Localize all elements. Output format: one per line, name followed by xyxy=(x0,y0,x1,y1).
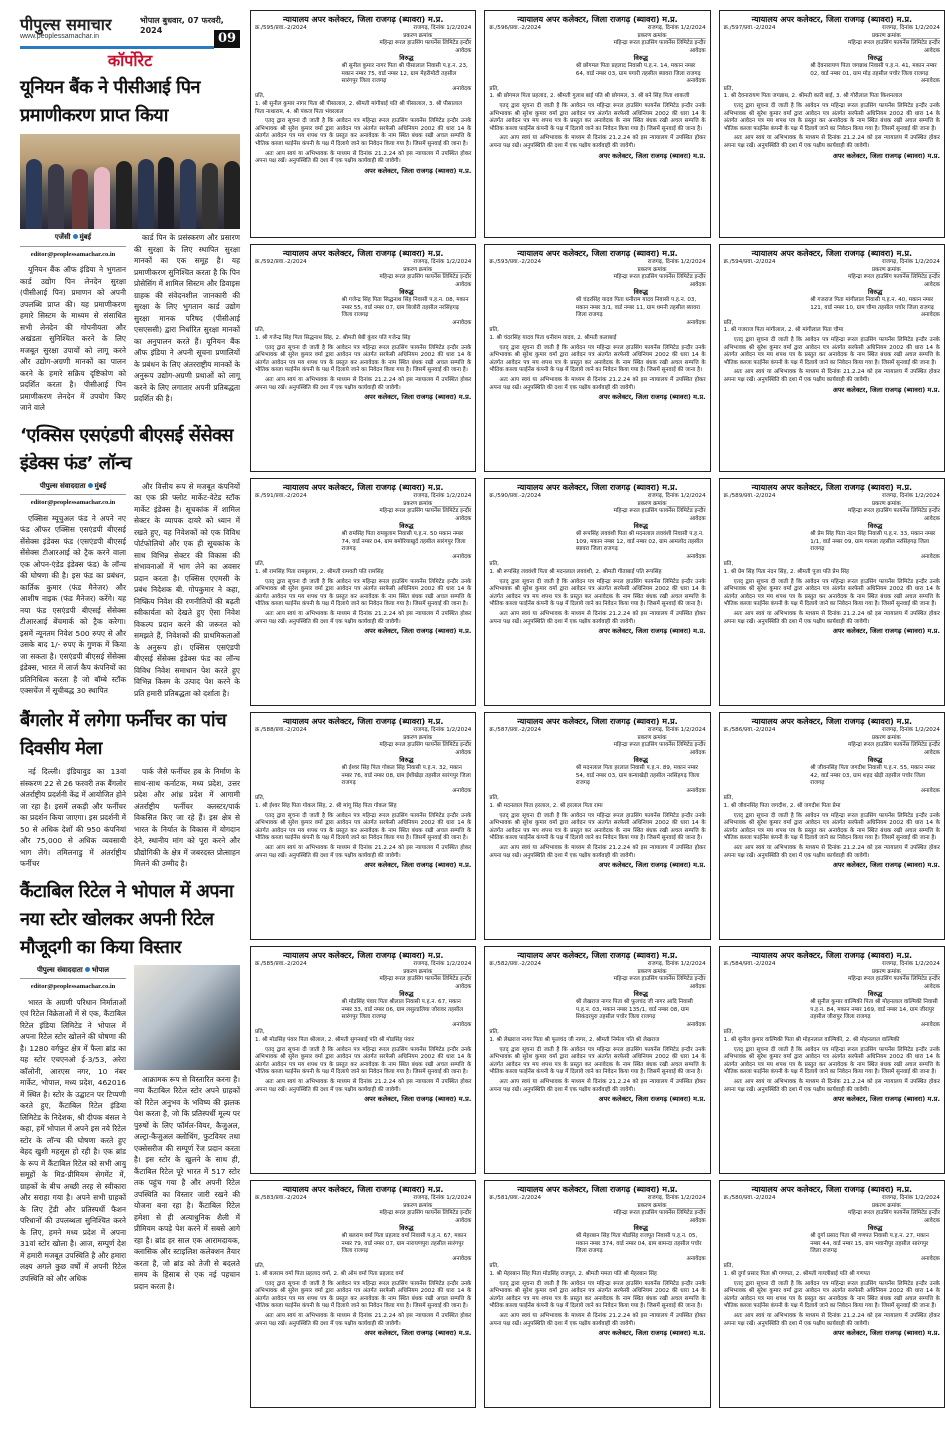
website-url[interactable]: www.peoplessamachar.in xyxy=(20,33,99,40)
applicant: महिन्द्रा रूरल हाउसिंग फायनेंस लिमिटेड इ… xyxy=(489,508,705,516)
case-number: क्र./584/प्रवा.-2/2024 xyxy=(724,961,776,969)
applicant: महिन्द्रा रूरल हाउसिंग फायनेंस लिमिटेड इ… xyxy=(489,1210,705,1218)
versus-label: विरुद्ध xyxy=(810,757,940,765)
applicant-role: आवेदक xyxy=(255,282,471,290)
signature: अपर कलेक्टर, जिला राजगढ़ (ब्यावरा) म.प्र… xyxy=(724,153,940,161)
applicant-role: आवेदक xyxy=(489,48,705,56)
place-date: राजगढ़, दिनांक 1/2/2024 xyxy=(648,493,706,501)
court-title: न्यायालय अपर कलेक्टर, जिला राजगढ़ (ब्याव… xyxy=(724,950,940,961)
notice-text: एतद् द्वारा सूचना दी जाती है कि आवेदन पत… xyxy=(724,579,940,609)
signature: अपर कलेक्टर, जिला राजगढ़ (ब्यावरा) म.प्र… xyxy=(489,153,705,161)
byline-city: मुंबई xyxy=(80,233,92,241)
to-label: प्रति, xyxy=(489,1263,705,1271)
respondent-role: अनावेदक xyxy=(255,1256,471,1264)
legal-notice: न्यायालय अपर कलेक्टर, जिला राजगढ़ (ब्याव… xyxy=(484,712,710,940)
applicant-role: आवेदक xyxy=(255,750,471,758)
respondent: श्री रूपसिंह लववंशी पिता श्री मदनलाल लवव… xyxy=(576,531,706,554)
notice-text: एतद् द्वारा सूचना दी जाती है कि आवेदन पत… xyxy=(255,579,471,609)
respondent-role: अनावेदक xyxy=(724,788,940,796)
to-label: प्रति, xyxy=(724,561,940,569)
applicant-role: आवेदक xyxy=(255,1218,471,1226)
article-headline: ‘एक्सिस एसएंडपी बीएसई सेंसेक्स इंडेक्स फ… xyxy=(20,422,240,478)
case-number: क्र./588/प्रवा.-2/2024 xyxy=(255,727,307,735)
court-title: न्यायालय अपर कलेक्टर, जिला राजगढ़ (ब्याव… xyxy=(255,248,471,259)
case-number: क्र./585/प्रवा.-2/2024 xyxy=(255,961,307,969)
appearance-text: अतः आप स्वयं या अभिभावक के माध्यम से दिन… xyxy=(255,377,471,392)
article-headline: बैंगलोर में लगेगा फर्नीचर का पांच दिवसीय… xyxy=(20,707,240,763)
court-title: न्यायालय अपर कलेक्टर, जिला राजगढ़ (ब्याव… xyxy=(255,1184,471,1195)
respondent-role: अनावेदक xyxy=(724,1256,940,1264)
appearance-text: अतः आप स्वयं या अभिभावक के माध्यम से दिन… xyxy=(255,151,471,166)
parties-list: 1. श्री प्रेम सिंह पिता नंदन सिंह, 2. श्… xyxy=(724,569,940,577)
case-number: क्र./595/प्रवा.-2/2024 xyxy=(255,25,307,33)
place-date: राजगढ़, दिनांक 1/2/2024 xyxy=(648,727,706,735)
parties-list: 1. श्री सुनील कुमार नागर पिता श्री पीसाल… xyxy=(255,101,471,116)
court-title: न्यायालय अपर कलेक्टर, जिला राजगढ़ (ब्याव… xyxy=(489,1184,705,1195)
article-furniture-fair: बैंगलोर में लगेगा फर्नीचर का पांच दिवसीय… xyxy=(20,707,240,870)
to-label: प्रति, xyxy=(489,327,705,335)
respondent: श्री सुनील कुमार वाल्मिकी पिता श्री मोहन… xyxy=(810,999,940,1022)
case-number: क्र./594/प्रवा.-2/2024 xyxy=(724,259,776,267)
respondent-role: अनावेदक xyxy=(255,554,471,562)
masthead: पीपुल्स समाचार www.peoplessamachar.in भो… xyxy=(20,0,240,46)
place-date: राजगढ़, दिनांक 1/2/2024 xyxy=(413,25,471,33)
case-number: क्र./580/प्रवा.-2/2024 xyxy=(724,1195,776,1203)
signature: अपर कलेक्टर, जिला राजगढ़ (ब्यावरा) म.प्र… xyxy=(724,1096,940,1104)
article-body: कार्ड पिन के प्रसंस्करण और प्रसारण की सु… xyxy=(134,232,240,405)
versus-label: विरुद्ध xyxy=(576,991,706,999)
page-number: 09 xyxy=(214,30,240,48)
article-axis-fund: ‘एक्सिस एसएंडपी बीएसई सेंसेक्स इंडेक्स फ… xyxy=(20,422,240,700)
respondent: श्री मदनलाल पिता हरलाल निवासी प.ह.न. 89,… xyxy=(576,765,706,788)
case-number: क्र./581/प्रवा.-2/2024 xyxy=(489,1195,541,1203)
place-date: राजगढ़, दिनांक 1/2/2024 xyxy=(882,493,940,501)
article-headline: कैंटाबिल रिटेल ने भोपाल में अपना नया स्ट… xyxy=(20,878,240,962)
parties-list: 1. श्री गजेन्द्र सिंह पिता सिद्धनाथ सिंह… xyxy=(255,335,471,343)
byline: पीपुल्स संवाददातामुंबई xyxy=(20,481,126,496)
respondent: श्री मेहरबान सिंह पिता मोडसिंह राजपूत नि… xyxy=(576,1233,706,1256)
respondent-role: अनावेदक xyxy=(255,1022,471,1030)
respondent: श्री गजेन्द्र सिंह पिता सिद्धनाथ सिंह नि… xyxy=(342,297,472,320)
applicant: महिन्द्रा रूरल हाउसिंग फायनेंस लिमिटेड इ… xyxy=(489,976,705,984)
applicant: महिन्द्रा रूरल हाउसिंग फायनेंस लिमिटेड इ… xyxy=(489,274,705,282)
article-body: यूनियन बैंक ऑफ इंडिया ने भुगतान कार्ड उद… xyxy=(20,264,126,414)
appearance-text: अतः आप स्वयं या अभिभावक के माध्यम से दिन… xyxy=(489,377,705,392)
byline-city: भोपाल xyxy=(92,966,109,974)
store-photo xyxy=(134,965,240,1070)
respondent: श्री ईश्वर सिंह पिता गोकल सिंह निवासी प.… xyxy=(342,765,472,788)
versus-label: विरुद्ध xyxy=(342,1225,472,1233)
respondent-role: अनावेदक xyxy=(724,78,940,86)
legal-notice: न्यायालय अपर कलेक्टर, जिला राजगढ़ (ब्याव… xyxy=(719,244,945,472)
case-number: क्र./593/प्रवा.-2/2024 xyxy=(489,259,541,267)
versus-label: विरुद्ध xyxy=(810,1225,940,1233)
case-number: क्र./589/प्रवा.-2/2024 xyxy=(724,493,776,501)
legal-notice: न्यायालय अपर कलेक्टर, जिला राजगढ़ (ब्याव… xyxy=(484,478,710,706)
byline-source: पीपुल्स संवाददाता xyxy=(37,966,83,974)
applicant: महिन्द्रा रूरल हाउसिंग फायनेंस लिमिटेड इ… xyxy=(255,274,471,282)
appearance-text: अतः आप स्वयं या अभिभावक के माध्यम से दिन… xyxy=(724,1313,940,1328)
newspaper-logo: पीपुल्स समाचार xyxy=(20,13,112,35)
respondent: श्री प्रेम सिंह पिता नंदन सिंह निवासी प.… xyxy=(810,531,940,554)
court-title: न्यायालय अपर कलेक्टर, जिला राजगढ़ (ब्याव… xyxy=(255,716,471,727)
applicant-role: आवेदक xyxy=(724,1218,940,1226)
applicant-role: आवेदक xyxy=(489,984,705,992)
notice-text: एतद् द्वारा सूचना दी जाती है कि आवेदन पत… xyxy=(489,1047,705,1077)
signature: अपर कलेक्टर, जिला राजगढ़ (ब्यावरा) म.प्र… xyxy=(724,862,940,870)
respondent: श्री चंदरसिंह यादव पिता धनीराम यादव निवा… xyxy=(576,297,706,320)
place-date: राजगढ़, दिनांक 1/2/2024 xyxy=(413,1195,471,1203)
respondent-role: अनावेदक xyxy=(724,312,940,320)
court-title: न्यायालय अपर कलेक्टर, जिला राजगढ़ (ब्याव… xyxy=(724,1184,940,1195)
signature: अपर कलेक्टर, जिला राजगढ़ (ब्यावरा) म.प्र… xyxy=(489,1096,705,1104)
respondent-role: अनावेदक xyxy=(489,1022,705,1030)
place-date: राजगढ़, दिनांक 1/2/2024 xyxy=(882,25,940,33)
court-title: न्यायालय अपर कलेक्टर, जिला राजगढ़ (ब्याव… xyxy=(255,482,471,493)
place-date: राजगढ़, दिनांक 1/2/2024 xyxy=(648,961,706,969)
to-label: प्रति, xyxy=(255,795,471,803)
article-body: नई दिल्ली। इंडियावुड का 13वां संस्करण 22… xyxy=(20,766,126,870)
respondent: श्री सुनील कुमार नागर पिता श्री पीसालाल … xyxy=(342,63,472,86)
signature: अपर कलेक्टर, जिला राजगढ़ (ब्यावरा) म.प्र… xyxy=(255,394,471,402)
court-title: न्यायालय अपर कलेक्टर, जिला राजगढ़ (ब्याव… xyxy=(255,14,471,25)
notice-text: एतद् द्वारा सूचना दी जाती है कि आवेदन पत… xyxy=(724,103,940,133)
notice-text: एतद् द्वारा सूचना दी जाती है कि आवेदन पत… xyxy=(489,103,705,133)
byline: एजेंसीमुंबई xyxy=(20,232,126,247)
article-body: पार्क जैसे फर्नीचर हब के निर्माण के साथ-… xyxy=(134,766,240,870)
notice-text: एतद् द्वारा सूचना दी जाती है कि आवेदन पत… xyxy=(724,1281,940,1311)
article-body: एक्सिस म्यूचुअल फंड ने अपने नए फंड ऑफर ए… xyxy=(20,513,126,697)
signature: अपर कलेक्टर, जिला राजगढ़ (ब्यावरा) म.प्र… xyxy=(724,387,940,395)
place-date: राजगढ़, दिनांक 1/2/2024 xyxy=(648,25,706,33)
legal-notice: न्यायालय अपर कलेक्टर, जिला राजगढ़ (ब्याव… xyxy=(484,10,710,238)
parties-list: 1. श्री गजराज पिता मांगीलाल, 2. श्री मां… xyxy=(724,327,940,335)
byline-dot-icon xyxy=(73,234,78,239)
respondent-role: अनावेदक xyxy=(255,86,471,94)
applicant-role: आवेदक xyxy=(489,516,705,524)
versus-label: विरुद्ध xyxy=(810,55,940,63)
editor-email[interactable]: editor@peoplessamachar.co.in xyxy=(20,249,126,261)
place-date: राजगढ़, दिनांक 1/2/2024 xyxy=(882,1195,940,1203)
to-label: प्रति, xyxy=(489,795,705,803)
respondent-role: अनावेदक xyxy=(489,554,705,562)
respondent: श्री मोडसिंह पंवार पिता श्रीलाल निवासी प… xyxy=(342,999,472,1022)
place-date: राजगढ़, दिनांक 1/2/2024 xyxy=(413,493,471,501)
court-title: न्यायालय अपर कलेक्टर, जिला राजगढ़ (ब्याव… xyxy=(255,950,471,961)
notice-text: एतद् द्वारा सूचना दी जाती है कि आवेदन पत… xyxy=(489,345,705,375)
to-label: प्रति, xyxy=(255,1029,471,1037)
applicant: महिन्द्रा रूरल हाउसिंग फायनेंस लिमिटेड इ… xyxy=(255,508,471,516)
article-union-bank: यूनियन बैंक ने पीसीआई पिन प्रमाणीकरण प्र… xyxy=(20,74,240,414)
signature: अपर कलेक्टर, जिला राजगढ़ (ब्यावरा) म.प्र… xyxy=(255,628,471,636)
versus-label: विरुद्ध xyxy=(342,523,472,531)
applicant-role: आवेदक xyxy=(489,282,705,290)
signature: अपर कलेक्टर, जिला राजगढ़ (ब्यावरा) म.प्र… xyxy=(489,394,705,402)
respondent-role: अनावेदक xyxy=(489,78,705,86)
editor-email[interactable]: editor@peoplessamachar.co.in xyxy=(20,981,126,993)
to-label: प्रति, xyxy=(255,327,471,335)
place-date: राजगढ़, दिनांक 1/2/2024 xyxy=(648,259,706,267)
respondent: श्री बलराम वर्मा पिता प्रहलाद वर्मा निवा… xyxy=(342,1233,472,1256)
respondent-role: अनावेदक xyxy=(489,788,705,796)
legal-notice: न्यायालय अपर कलेक्टर, जिला राजगढ़ (ब्याव… xyxy=(250,1180,476,1408)
place-date: राजगढ़, दिनांक 1/2/2024 xyxy=(413,727,471,735)
legal-notice: न्यायालय अपर कलेक्टर, जिला राजगढ़ (ब्याव… xyxy=(719,10,945,238)
to-label: प्रति, xyxy=(255,561,471,569)
court-title: न्यायालय अपर कलेक्टर, जिला राजगढ़ (ब्याव… xyxy=(724,14,940,25)
legal-notice: न्यायालय अपर कलेक्टर, जिला राजगढ़ (ब्याव… xyxy=(250,10,476,238)
applicant-role: आवेदक xyxy=(724,984,940,992)
respondent: श्री देवनारायण पिता जगन्नाथ निवासी प.ह.न… xyxy=(810,63,940,78)
parties-list: 1. श्री रूपसिंह लववंशी पिता श्री मदनलाल … xyxy=(489,569,705,577)
case-number: क्र./587/प्रवा.-2/2024 xyxy=(489,727,541,735)
legal-notice: न्यायालय अपर कलेक्टर, जिला राजगढ़ (ब्याव… xyxy=(250,478,476,706)
parties-list: 1. श्री ईश्वर सिंह पिता गोकल सिंह, 2. श्… xyxy=(255,803,471,811)
parties-list: 1. श्री रामसिंह पिता रामबुलाम, 2. श्रीमत… xyxy=(255,569,471,577)
versus-label: विरुद्ध xyxy=(342,289,472,297)
legal-notice: न्यायालय अपर कलेक्टर, जिला राजगढ़ (ब्याव… xyxy=(250,712,476,940)
respondent-role: अनावेदक xyxy=(489,320,705,328)
court-title: न्यायालय अपर कलेक्टर, जिला राजगढ़ (ब्याव… xyxy=(489,950,705,961)
place-date: राजगढ़, दिनांक 1/2/2024 xyxy=(882,259,940,267)
to-label: प्रति, xyxy=(489,1029,705,1037)
appearance-text: अतः आप स्वयं या अभिभावक के माध्यम से दिन… xyxy=(489,1079,705,1094)
signature: अपर कलेक्टर, जिला राजगढ़ (ब्यावरा) म.प्र… xyxy=(255,862,471,870)
applicant: महिन्द्रा रूरल हाउसिंग फायनेंस लिमिटेड इ… xyxy=(255,742,471,750)
appearance-text: अतः आप स्वयं या अभिभावक के माध्यम से दिन… xyxy=(724,611,940,626)
article-body: आक्रामक रूप से विस्तारित करना है। नया कै… xyxy=(134,1074,240,1293)
case-number: क्र./596/प्रवा.-2/2024 xyxy=(489,25,541,33)
versus-label: विरुद्ध xyxy=(342,991,472,999)
legal-notice: न्यायालय अपर कलेक्टर, जिला राजगढ़ (ब्याव… xyxy=(484,946,710,1174)
signature: अपर कलेक्टर, जिला राजगढ़ (ब्यावरा) म.प्र… xyxy=(255,1330,471,1338)
place-date: राजगढ़, दिनांक 1/2/2024 xyxy=(413,961,471,969)
notice-text: एतद् द्वारा सूचना दी जाती है कि आवेदन पत… xyxy=(255,345,471,375)
signature: अपर कलेक्टर, जिला राजगढ़ (ब्यावरा) म.प्र… xyxy=(724,628,940,636)
notice-text: एतद् द्वारा सूचना दी जाती है कि आवेदन पत… xyxy=(255,813,471,843)
applicant: महिन्द्रा रूरल हाउसिंग फायनेंस लिमिटेड इ… xyxy=(724,508,940,516)
byline-dot-icon xyxy=(88,483,93,488)
group-photo xyxy=(20,134,240,229)
notice-text: एतद् द्वारा सूचना दी जाती है कि आवेदन पत… xyxy=(255,1281,471,1311)
versus-label: विरुद्ध xyxy=(810,523,940,531)
applicant: महिन्द्रा रूरल हाउसिंग फायनेंस लिमिटेड इ… xyxy=(724,976,940,984)
byline-dot-icon xyxy=(85,967,90,972)
court-title: न्यायालय अपर कलेक्टर, जिला राजगढ़ (ब्याव… xyxy=(489,248,705,259)
place-date: राजगढ़, दिनांक 1/2/2024 xyxy=(882,961,940,969)
applicant: महिन्द्रा रूरल हाउसिंग फायनेंस लिमिटेड इ… xyxy=(489,40,705,48)
applicant-role: आवेदक xyxy=(724,516,940,524)
legal-notice: न्यायालय अपर कलेक्टर, जिला राजगढ़ (ब्याव… xyxy=(484,244,710,472)
appearance-text: अतः आप स्वयं या अभिभावक के माध्यम से दिन… xyxy=(489,611,705,626)
place-date: राजगढ़, दिनांक 1/2/2024 xyxy=(648,1195,706,1203)
respondent: श्री गजराज पिता मांगीलाल निवासी प.ह.न. 4… xyxy=(810,297,940,312)
applicant-role: आवेदक xyxy=(489,1218,705,1226)
left-news-column: पीपुल्स समाचार www.peoplessamachar.in भो… xyxy=(0,0,248,1445)
signature: अपर कलेक्टर, जिला राजगढ़ (ब्यावरा) म.प्र… xyxy=(724,1330,940,1338)
legal-notice: न्यायालय अपर कलेक्टर, जिला राजगढ़ (ब्याव… xyxy=(719,712,945,940)
place-date: राजगढ़, दिनांक 1/2/2024 xyxy=(413,259,471,267)
versus-label: विरुद्ध xyxy=(576,1225,706,1233)
to-label: प्रति, xyxy=(724,1029,940,1037)
notice-text: एतद् द्वारा सूचना दी जाती है कि आवेदन पत… xyxy=(724,813,940,843)
court-title: न्यायालय अपर कलेक्टर, जिला राजगढ़ (ब्याव… xyxy=(724,716,940,727)
notice-text: एतद् द्वारा सूचना दी जाती है कि आवेदन पत… xyxy=(255,1047,471,1077)
respondent-role: अनावेदक xyxy=(724,554,940,562)
court-title: न्यायालय अपर कलेक्टर, जिला राजगढ़ (ब्याव… xyxy=(489,14,705,25)
signature: अपर कलेक्टर, जिला राजगढ़ (ब्यावरा) म.प्र… xyxy=(255,168,471,176)
respondent-role: अनावेदक xyxy=(255,320,471,328)
applicant: महिन्द्रा रूरल हाउसिंग फायनेंस लिमिटेड इ… xyxy=(724,742,940,750)
to-label: प्रति, xyxy=(724,795,940,803)
editor-email[interactable]: editor@peoplessamachar.co.in xyxy=(20,497,126,509)
byline-source: पीपुल्स संवाददाता xyxy=(40,482,86,490)
case-number: क्र./592/प्रवा.-2/2024 xyxy=(255,259,307,267)
case-number: क्र./583/प्रवा.-2/2024 xyxy=(255,1195,307,1203)
applicant-role: आवेदक xyxy=(489,750,705,758)
appearance-text: अतः आप स्वयं या अभिभावक के माध्यम से दिन… xyxy=(724,1079,940,1094)
notice-text: एतद् द्वारा सूचना दी जाती है कि आवेदन पत… xyxy=(724,337,940,367)
versus-label: विरुद्ध xyxy=(576,289,706,297)
court-title: न्यायालय अपर कलेक्टर, जिला राजगढ़ (ब्याव… xyxy=(724,248,940,259)
to-label: प्रति, xyxy=(489,561,705,569)
appearance-text: अतः आप स्वयं या अभिभावक के माध्यम से दिन… xyxy=(255,845,471,860)
parties-list: 1. श्री देवनारायण पिता जगन्नाथ, 2. श्रीम… xyxy=(724,93,940,101)
appearance-text: अतः आप स्वयं या अभिभावक के माध्यम से दिन… xyxy=(489,135,705,150)
notice-text: एतद् द्वारा सूचना दी जाती है कि आवेदन पत… xyxy=(489,579,705,609)
appearance-text: अतः आप स्वयं या अभिभावक के माध्यम से दिन… xyxy=(489,845,705,860)
legal-notice: न्यायालय अपर कलेक्टर, जिला राजगढ़ (ब्याव… xyxy=(484,1180,710,1408)
appearance-text: अतः आप स्वयं या अभिभावक के माध्यम से दिन… xyxy=(255,1079,471,1094)
applicant-role: आवेदक xyxy=(724,48,940,56)
versus-label: विरुद्ध xyxy=(576,55,706,63)
parties-list: 1. श्री मेहरबान सिंह पिता मोडसिंह राजपूत… xyxy=(489,1271,705,1279)
respondent-role: अनावेदक xyxy=(255,788,471,796)
article-cantabil: कैंटाबिल रिटेल ने भोपाल में अपना नया स्ट… xyxy=(20,878,240,1293)
signature: अपर कलेक्टर, जिला राजगढ़ (ब्यावरा) म.प्र… xyxy=(489,862,705,870)
respondent: श्री जीवनसिंह पिता जगदीश निवासी प.ह.न. 5… xyxy=(810,765,940,788)
parties-list: 1. श्री जीवनसिंह पिता जगदीश, 2. श्री जगद… xyxy=(724,803,940,811)
applicant: महिन्द्रा रूरल हाउसिंग फायनेंस लिमिटेड इ… xyxy=(255,976,471,984)
notice-text: एतद् द्वारा सूचना दी जाती है कि आवेदन पत… xyxy=(724,1047,940,1077)
parties-list: 1. श्री बलराम वर्मा पिता प्रहलाद वर्मा, … xyxy=(255,1271,471,1279)
respondent: श्री छोगमल पिता प्रहलाद निवासी प.ह.न. 14… xyxy=(576,63,706,78)
case-number: क्र./586/प्रवा.-2/2024 xyxy=(724,727,776,735)
parties-list: 1. श्री मदनलाल पिता हरलाल, 2. श्री हरलाल… xyxy=(489,803,705,811)
applicant: महिन्द्रा रूरल हाउसिंग फायनेंस लिमिटेड इ… xyxy=(255,40,471,48)
versus-label: विरुद्ध xyxy=(810,289,940,297)
legal-notice: न्यायालय अपर कलेक्टर, जिला राजगढ़ (ब्याव… xyxy=(719,1180,945,1408)
court-title: न्यायालय अपर कलेक्टर, जिला राजगढ़ (ब्याव… xyxy=(489,716,705,727)
legal-notice: न्यायालय अपर कलेक्टर, जिला राजगढ़ (ब्याव… xyxy=(719,946,945,1174)
respondent: श्री लेखराज नागर पिता श्री फूलचंद जी नाग… xyxy=(576,999,706,1022)
parties-list: 1. श्री लेखराज नागर पिता श्री फूलचंद जी … xyxy=(489,1037,705,1045)
article-body: और वित्तीय रूप से मजबूत कंपनियों का एक फ… xyxy=(134,481,240,700)
section-label: कॉर्पोरेट xyxy=(20,52,240,70)
masthead-divider xyxy=(20,46,214,49)
applicant-role: आवेदक xyxy=(255,516,471,524)
applicant-role: आवेदक xyxy=(724,282,940,290)
case-number: क्र./597/प्रवा.-2/2024 xyxy=(724,25,776,33)
byline: पीपुल्स संवाददाताभोपाल xyxy=(20,965,126,980)
article-headline: यूनियन बैंक ने पीसीआई पिन प्रमाणीकरण प्र… xyxy=(20,74,240,130)
legal-notice: न्यायालय अपर कलेक्टर, जिला राजगढ़ (ब्याव… xyxy=(250,244,476,472)
legal-notices-grid: न्यायालय अपर कलेक्टर, जिला राजगढ़ (ब्याव… xyxy=(250,10,945,1414)
notice-text: एतद् द्वारा सूचना दी जाती है कि आवेदन पत… xyxy=(489,813,705,843)
applicant-role: आवेदक xyxy=(255,48,471,56)
court-title: न्यायालय अपर कलेक्टर, जिला राजगढ़ (ब्याव… xyxy=(724,482,940,493)
respondent: श्री रामसिंह पिता रामबुलाम निवासी प.ह.न.… xyxy=(342,531,472,554)
applicant: महिन्द्रा रूरल हाउसिंग फायनेंस लिमिटेड इ… xyxy=(489,742,705,750)
notice-text: एतद् द्वारा सूचना दी जाती है कि आवेदन पत… xyxy=(489,1281,705,1311)
appearance-text: अतः आप स्वयं या अभिभावक के माध्यम से दिन… xyxy=(255,1313,471,1328)
applicant-role: आवेदक xyxy=(724,750,940,758)
respondent: श्री दुर्गा प्रसाद पिता श्री गणपत निवासी… xyxy=(810,1233,940,1256)
to-label: प्रति, xyxy=(255,1263,471,1271)
legal-notice: न्यायालय अपर कलेक्टर, जिला राजगढ़ (ब्याव… xyxy=(250,946,476,1174)
appearance-text: अतः आप स्वयं या अभिभावक के माध्यम से दिन… xyxy=(724,845,940,860)
signature: अपर कलेक्टर, जिला राजगढ़ (ब्यावरा) म.प्र… xyxy=(255,1096,471,1104)
appearance-text: अतः आप स्वयं या अभिभावक के माध्यम से दिन… xyxy=(255,611,471,626)
parties-list: 1. श्री छोगमल पिता प्रहलाद, 2. श्रीमती ग… xyxy=(489,93,705,101)
applicant: महिन्द्रा रूरल हाउसिंग फायनेंस लिमिटेड इ… xyxy=(724,1210,940,1218)
applicant: महिन्द्रा रूरल हाउसिंग फायनेंस लिमिटेड इ… xyxy=(724,40,940,48)
to-label: प्रति, xyxy=(255,93,471,101)
place-date: राजगढ़, दिनांक 1/2/2024 xyxy=(882,727,940,735)
versus-label: विरुद्ध xyxy=(342,55,472,63)
signature: अपर कलेक्टर, जिला राजगढ़ (ब्यावरा) म.प्र… xyxy=(489,628,705,636)
parties-list: 1. श्री दुर्गा प्रसाद पिता श्री गणपत, 2.… xyxy=(724,1271,940,1279)
respondent-role: अनावेदक xyxy=(489,1256,705,1264)
appearance-text: अतः आप स्वयं या अभिभावक के माध्यम से दिन… xyxy=(724,135,940,150)
case-number: क्र./591/प्रवा.-2/2024 xyxy=(255,493,307,501)
applicant: महिन्द्रा रूरल हाउसिंग फायनेंस लिमिटेड इ… xyxy=(724,274,940,282)
case-number: क्र./590/प्रवा.-2/2024 xyxy=(489,493,541,501)
byline-source: एजेंसी xyxy=(55,233,71,241)
versus-label: विरुद्ध xyxy=(342,757,472,765)
legal-notice: न्यायालय अपर कलेक्टर, जिला राजगढ़ (ब्याव… xyxy=(719,478,945,706)
respondent-role: अनावेदक xyxy=(724,1022,940,1030)
appearance-text: अतः आप स्वयं या अभिभावक के माध्यम से दिन… xyxy=(724,369,940,384)
applicant: महिन्द्रा रूरल हाउसिंग फायनेंस लिमिटेड इ… xyxy=(255,1210,471,1218)
to-label: प्रति, xyxy=(724,1263,940,1271)
signature: अपर कलेक्टर, जिला राजगढ़ (ब्यावरा) म.प्र… xyxy=(489,1330,705,1338)
versus-label: विरुद्ध xyxy=(576,523,706,531)
appearance-text: अतः आप स्वयं या अभिभावक के माध्यम से दिन… xyxy=(489,1313,705,1328)
versus-label: विरुद्ध xyxy=(576,757,706,765)
parties-list: 1. श्री चंदरसिंह यादव पिता धनीराम यादव, … xyxy=(489,335,705,343)
byline-city: मुंबई xyxy=(95,482,107,490)
notice-text: एतद् द्वारा सूचना दी जाती है कि आवेदन पत… xyxy=(255,118,471,148)
applicant-role: आवेदक xyxy=(255,984,471,992)
parties-list: 1. श्री सुनील कुमार वाल्मिकी पिता श्री म… xyxy=(724,1037,940,1045)
parties-list: 1. श्री मोडसिंह पंवार पिता श्रीलाल, 2. श… xyxy=(255,1037,471,1045)
article-body: भारत के अग्रणी परिधान निर्माताओं एवं रिट… xyxy=(20,997,126,1285)
court-title: न्यायालय अपर कलेक्टर, जिला राजगढ़ (ब्याव… xyxy=(489,482,705,493)
versus-label: विरुद्ध xyxy=(810,991,940,999)
case-number: क्र./582/प्रवा.-2/2024 xyxy=(489,961,541,969)
